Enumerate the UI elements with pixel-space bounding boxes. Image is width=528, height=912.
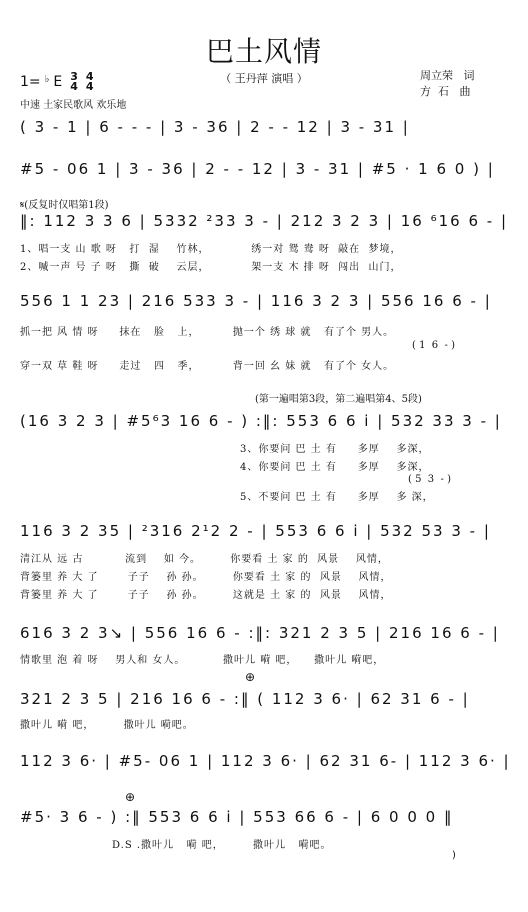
score-row-2: #5 - 06 1 | 3 - 36 | 2 - - 12 | 3 - 31 |… [20, 160, 490, 178]
score-row-8: 321 2 3 5 | 216 16 6 - :‖ ( 112 3 6· | 6… [20, 690, 490, 708]
notation-row-2: #5 - 06 1 | 3 - 36 | 2 - - 12 | 3 - 31 |… [20, 160, 495, 178]
lyric-line: 3、你要问 巴 土 有 多厚 多深， [240, 440, 430, 455]
lyric-line: 情歌里 泡 着 呀 男人和 女人。 撒叶儿 嗬 吧， 撒叶儿 嗬吧， [20, 651, 384, 666]
notation-row-10: #5· 3 6 - ) :‖ 553 6 6 i | 553 66 6 - | … [20, 808, 454, 826]
notation-row-1: ( 3 - 1 | 6 - - - | 3 - 36 | 2 - - 12 | … [20, 118, 410, 136]
time-signature-2: 4 4 [86, 72, 94, 92]
notation-row-3: ‖: 112 3 3 6 | 5332 ²33 3 - | 212 3 2 3 … [20, 212, 508, 230]
lyric-line: 穿一双 草 鞋 呀 走过 四 季， 背一回 幺 妹 就 有了个 女人。 [20, 357, 394, 372]
alternate-notes: ( 5 3 - ) [408, 474, 451, 485]
score-row-3: ‖: 112 3 3 6 | 5332 ²33 3 - | 212 3 2 3 … [20, 212, 490, 230]
lyric-line: 清江从 远 古 流到 如 今。 你要看 土 家 的 风景 风情， [20, 550, 389, 565]
score-row-10: #5· 3 6 - ) :‖ 553 6 6 i | 553 66 6 - | … [20, 808, 490, 826]
lyric-line: 抓一把 风 情 呀 抹在 脸 上， 抛一个 绣 球 就 有了个 男人。 [20, 323, 394, 338]
score-row-6: 116 3 2 35 | ²316 2¹2 2 - | 553 6 6 i | … [20, 522, 490, 540]
lyric-line: 撒叶儿 嗬 吧， 撒叶儿 嗬吧。 [20, 716, 194, 731]
lyric-line: 5、不要问 巴 土 有 多厚 多 深， [240, 488, 434, 503]
notation-row-9: 112 3 6· | #5- 06 1 | 112 3 6· | 62 31 6… [20, 752, 511, 770]
credits: 周立荣 词 方 石 曲 [420, 68, 475, 100]
tempo-marking: 中速 土家民歌风 欢乐地 [20, 96, 126, 111]
key-label: 1= [20, 74, 41, 90]
lyric-line: 4、你要问 巴 土 有 多厚 多深， [240, 458, 430, 473]
lyric-line: D.S .撒叶儿 嗬 吧， 撒叶儿 嗬吧。 [112, 836, 332, 851]
notation-row-7: 616 3 2 3↘ | 556 16 6 - :‖: 321 2 3 5 | … [20, 624, 500, 642]
score-row-7: 616 3 2 3↘ | 556 16 6 - :‖: 321 2 3 5 | … [20, 624, 490, 642]
score-row-1: ( 3 - 1 | 6 - - - | 3 - 36 | 2 - - 12 | … [20, 118, 490, 136]
lyricist-credit: 周立荣 词 [420, 68, 475, 84]
time-signature-1: 3 4 [70, 72, 78, 92]
notation-row-6: 116 3 2 35 | ²316 2¹2 2 - | 553 6 6 i | … [20, 522, 491, 540]
flat-icon: ♭ [45, 74, 50, 85]
lyric-line: 背篓里 养 大 了 子子 孙 孙。 你要看 土 家 的 风景 风情， [20, 568, 392, 583]
coda-icon: ⊕ [125, 790, 135, 804]
song-title: 巴土风情 [0, 30, 528, 70]
key-note: E [53, 74, 62, 90]
verse-annotation: (第一遍唱第3段，第二遍唱第4、5段) [255, 390, 422, 405]
composer-credit: 方 石 曲 [420, 84, 475, 100]
key-signature: 1= ♭ E 3 4 4 4 [20, 72, 94, 92]
coda-icon: ⊕ [245, 670, 255, 684]
score-row-4: 556 1 1 23 | 216 533 3 - | 116 3 2 3 | 5… [20, 292, 490, 310]
notation-row-8: 321 2 3 5 | 216 16 6 - :‖ ( 112 3 6· | 6… [20, 690, 470, 708]
score-row-9: 112 3 6· | #5- 06 1 | 112 3 6· | 62 31 6… [20, 752, 490, 770]
lyric-line: 1、唱一支 山 歌 呀 打 湿 竹林， 绣一对 鸳 鸯 呀 敲在 梦境， [20, 240, 402, 255]
notation-row-5: (16 3 2 3 | #5⁶3 16 6 - ) :‖: 553 6 6 i … [20, 412, 502, 430]
notation-row-4: 556 1 1 23 | 216 533 3 - | 116 3 2 3 | 5… [20, 292, 492, 310]
lyric-line: 2、喊一声 号 子 呀 撕 破 云层， 架一支 木 排 呀 闯出 山门， [20, 258, 402, 273]
alternate-notes: ( 1 6 - ) [412, 340, 455, 351]
repeat-annotation: 𝄋(反复时仅唱第1段) [20, 196, 108, 211]
lyric-line: 背篓里 养 大 了 子子 孙 孙。 这就是 土 家 的 风景 风情， [20, 586, 392, 601]
score-row-5: (16 3 2 3 | #5⁶3 16 6 - ) :‖: 553 6 6 i … [20, 412, 490, 430]
page-marker: ) [452, 850, 456, 861]
